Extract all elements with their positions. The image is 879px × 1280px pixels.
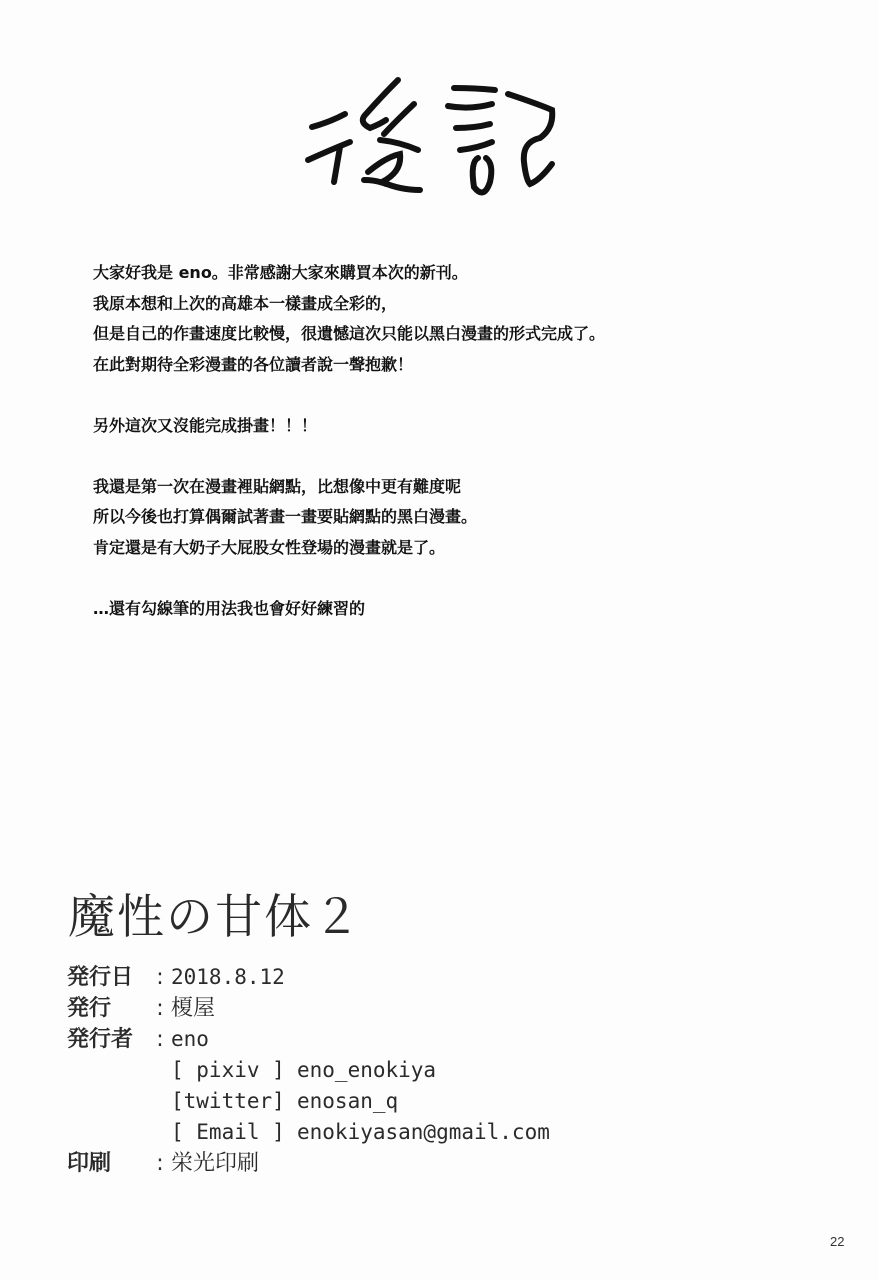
colophon-publisher-row: 発行 : 榎屋 — [67, 993, 550, 1024]
text-line: 我還是第一次在漫畫裡貼網點，比想像中更有難度呢 — [93, 472, 605, 503]
paragraph-gap — [93, 380, 605, 411]
publisher-value: 榎屋 — [171, 993, 215, 1024]
contact-pixiv: [ pixiv ] eno_enokiya — [67, 1055, 550, 1086]
date-value: 2018.8.12 — [171, 962, 285, 993]
contact-tag: [twitter] — [171, 1086, 297, 1117]
paragraph-gap — [93, 563, 605, 594]
text-line: 肯定還是有大奶子大屁股女性登場的漫畫就是了。 — [93, 533, 605, 564]
author-value: eno — [171, 1024, 209, 1055]
text-line: 但是自己的作畫速度比較慢，很遺憾這次只能以黑白漫畫的形式完成了。 — [93, 319, 605, 350]
afterword-brush-calligraphy — [290, 62, 590, 212]
author-label: 発行者 — [67, 1024, 149, 1055]
printer-value: 栄光印刷 — [171, 1148, 259, 1179]
text-line: 我原本想和上次的高雄本一樣畫成全彩的， — [93, 289, 605, 320]
afterword-text: 大家好我是 eno。非常感謝大家來購買本次的新刊。 我原本想和上次的高雄本一樣畫… — [93, 258, 605, 624]
colophon: 発行日 : 2018.8.12 発行 : 榎屋 発行者 : eno [ pixi… — [67, 962, 550, 1179]
afterword-heading — [290, 62, 590, 212]
paragraph-screentone: 我還是第一次在漫畫裡貼網點，比想像中更有難度呢 所以今後也打算偶爾試著畫一畫要貼… — [93, 472, 605, 564]
date-label: 発行日 — [67, 962, 149, 993]
book-title: 魔性の甘体２ — [68, 880, 362, 947]
contact-value: eno_enokiya — [297, 1055, 436, 1086]
publisher-label: 発行 — [67, 993, 149, 1024]
text-line: 在此對期待全彩漫畫的各位讀者說一聲抱歉！ — [93, 350, 605, 381]
separator: : — [149, 1148, 171, 1179]
contact-email: [ Email ] enokiyasan@gmail.com — [67, 1117, 550, 1148]
text-line: 所以今後也打算偶爾試著畫一畫要貼網點的黑白漫畫。 — [93, 502, 605, 533]
contact-twitter: [twitter] enosan_q — [67, 1086, 550, 1117]
contact-value: enokiyasan@gmail.com — [297, 1117, 550, 1148]
text-line: 另外這次又沒能完成掛畫！！！ — [93, 411, 605, 442]
paragraph-gap — [93, 441, 605, 472]
contact-value: enosan_q — [297, 1086, 398, 1117]
separator: : — [149, 993, 171, 1024]
printer-label: 印刷 — [67, 1148, 149, 1179]
separator: : — [149, 962, 171, 993]
separator: : — [149, 1024, 171, 1055]
page-number: 22 — [830, 1234, 844, 1249]
colophon-author-row: 発行者 : eno — [67, 1024, 550, 1055]
paragraph-closing: …還有勾線筆的用法我也會好好練習的 — [93, 594, 605, 625]
contact-tag: [ Email ] — [171, 1117, 297, 1148]
colophon-date-row: 発行日 : 2018.8.12 — [67, 962, 550, 993]
colophon-printer-row: 印刷 : 栄光印刷 — [67, 1148, 550, 1179]
paragraph-greeting: 大家好我是 eno。非常感謝大家來購買本次的新刊。 我原本想和上次的高雄本一樣畫… — [93, 258, 605, 380]
contact-tag: [ pixiv ] — [171, 1055, 297, 1086]
text-line: …還有勾線筆的用法我也會好好練習的 — [93, 594, 605, 625]
text-line: 大家好我是 eno。非常感謝大家來購買本次的新刊。 — [93, 258, 605, 289]
paragraph-tapestry: 另外這次又沒能完成掛畫！！！ — [93, 411, 605, 442]
